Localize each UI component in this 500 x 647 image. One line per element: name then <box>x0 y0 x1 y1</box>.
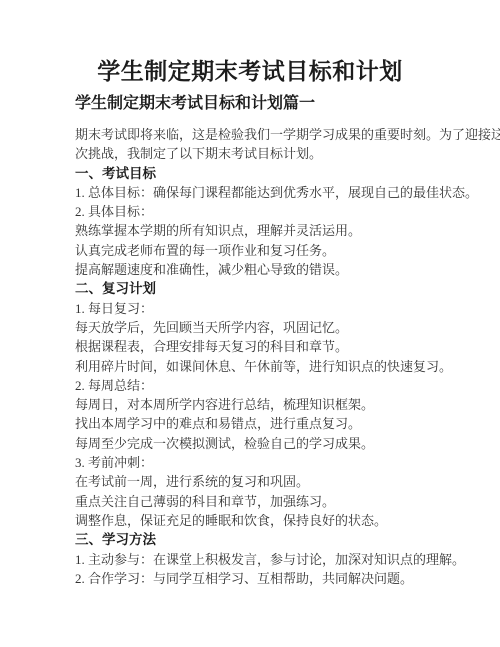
intro-line: 期末考试即将来临，这是检验我们一学期学习成果的重要时刻。为了迎接这 <box>75 125 460 144</box>
body-line: 提高解题速度和准确性，减少粗心导致的错误。 <box>75 260 460 279</box>
document-body: 期末考试即将来临，这是检验我们一学期学习成果的重要时刻。为了迎接这次挑战，我制定… <box>75 125 460 588</box>
section-heading: 三、学习方法 <box>75 530 460 549</box>
intro-line: 次挑战，我制定了以下期末考试目标计划。 <box>75 144 460 163</box>
body-line: 2. 具体目标： <box>75 202 460 221</box>
body-line: 1. 总体目标：确保每门课程都能达到优秀水平，展现自己的最佳状态。 <box>75 183 460 202</box>
document-subtitle: 学生制定期末考试目标和计划篇一 <box>75 95 500 113</box>
section-heading: 二、复习计划 <box>75 279 460 298</box>
body-line: 每周日，对本周所学内容进行总结，梳理知识框架。 <box>75 395 460 414</box>
body-line: 熟练掌握本学期的所有知识点，理解并灵活运用。 <box>75 221 460 240</box>
body-line: 在考试前一周，进行系统的复习和巩固。 <box>75 472 460 491</box>
body-line: 3. 考前冲刺： <box>75 453 460 472</box>
body-line: 根据课程表，合理安排每天复习的科目和章节。 <box>75 337 460 356</box>
document-title: 学生制定期末考试目标和计划 <box>0 0 500 89</box>
body-line: 每天放学后，先回顾当天所学内容，巩固记忆。 <box>75 318 460 337</box>
body-line: 1. 主动参与：在课堂上积极发言，参与讨论，加深对知识点的理解。 <box>75 550 460 569</box>
body-line: 重点关注自己薄弱的科目和章节，加强练习。 <box>75 492 460 511</box>
section-heading: 一、考试目标 <box>75 164 460 183</box>
body-line: 利用碎片时间，如课间休息、午休前等，进行知识点的快速复习。 <box>75 357 460 376</box>
document-page: 学生制定期末考试目标和计划 学生制定期末考试目标和计划篇一 期末考试即将来临，这… <box>0 0 500 647</box>
body-line: 2. 合作学习：与同学互相学习、互相帮助，共同解决问题。 <box>75 569 460 588</box>
body-line: 2. 每周总结： <box>75 376 460 395</box>
body-line: 每周至少完成一次模拟测试，检验自己的学习成果。 <box>75 434 460 453</box>
body-line: 1. 每日复习： <box>75 299 460 318</box>
body-line: 认真完成老师布置的每一项作业和复习任务。 <box>75 241 460 260</box>
body-line: 调整作息，保证充足的睡眠和饮食，保持良好的状态。 <box>75 511 460 530</box>
body-line: 找出本周学习中的难点和易错点，进行重点复习。 <box>75 414 460 433</box>
